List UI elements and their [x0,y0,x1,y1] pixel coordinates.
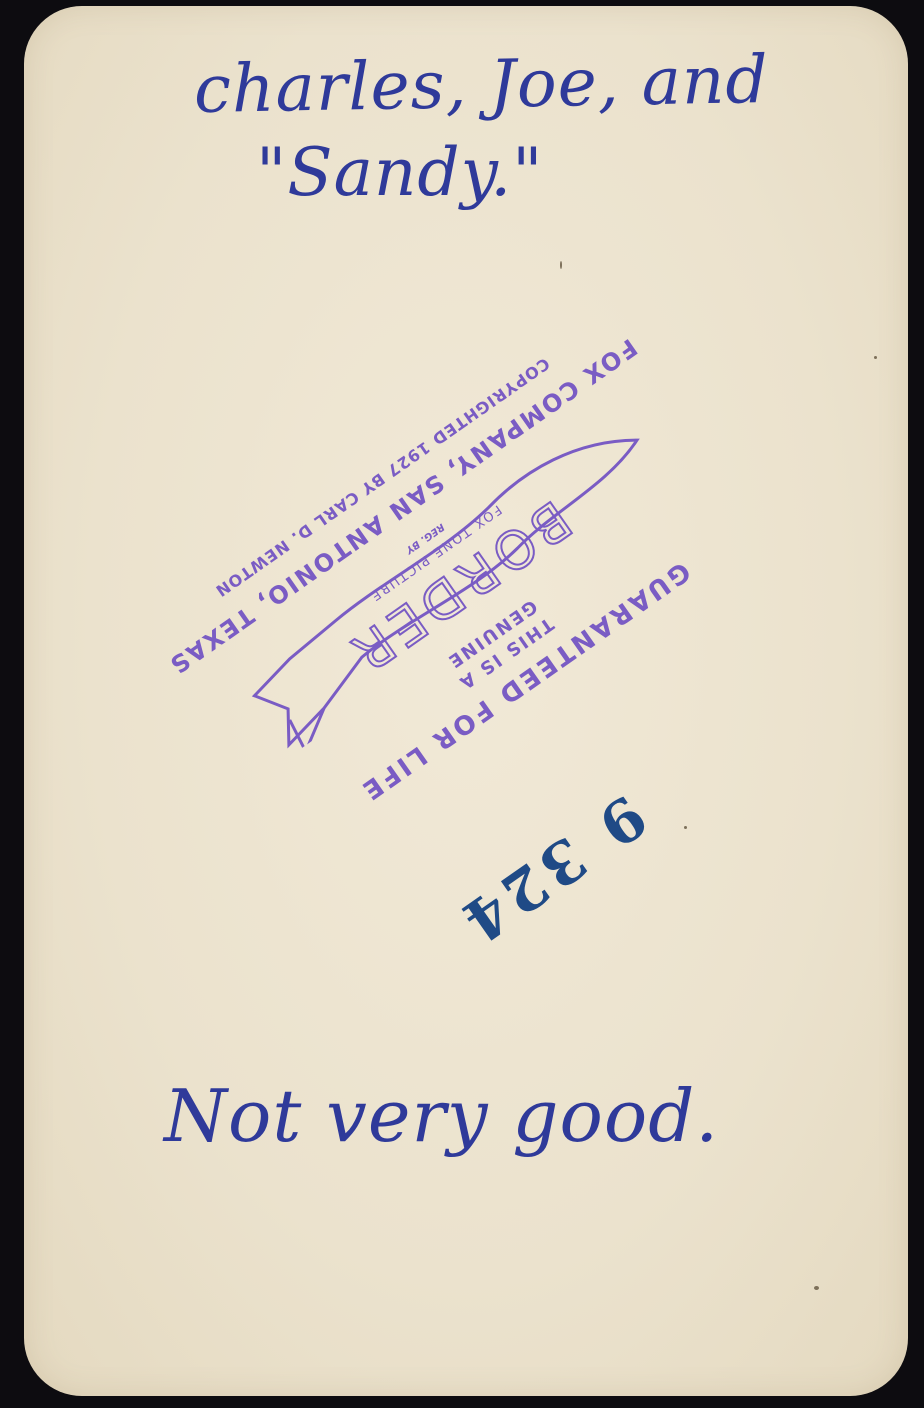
handwritten-comment: Not very good. [164,1074,719,1158]
serial-number-area: 9 324 [432,770,672,970]
paper-speck [874,356,877,359]
handwritten-sandy-line: "Sandy." [256,134,544,211]
serial-number: 9 324 [446,781,658,958]
photo-card-back: charles, Joe, and "Sandy." GUARANTEED FO… [24,6,908,1396]
paper-speck [560,261,562,269]
paper-speck [814,1286,819,1290]
handwritten-names-line: charles, Joe, and [193,41,769,128]
paper-speck [684,826,687,829]
